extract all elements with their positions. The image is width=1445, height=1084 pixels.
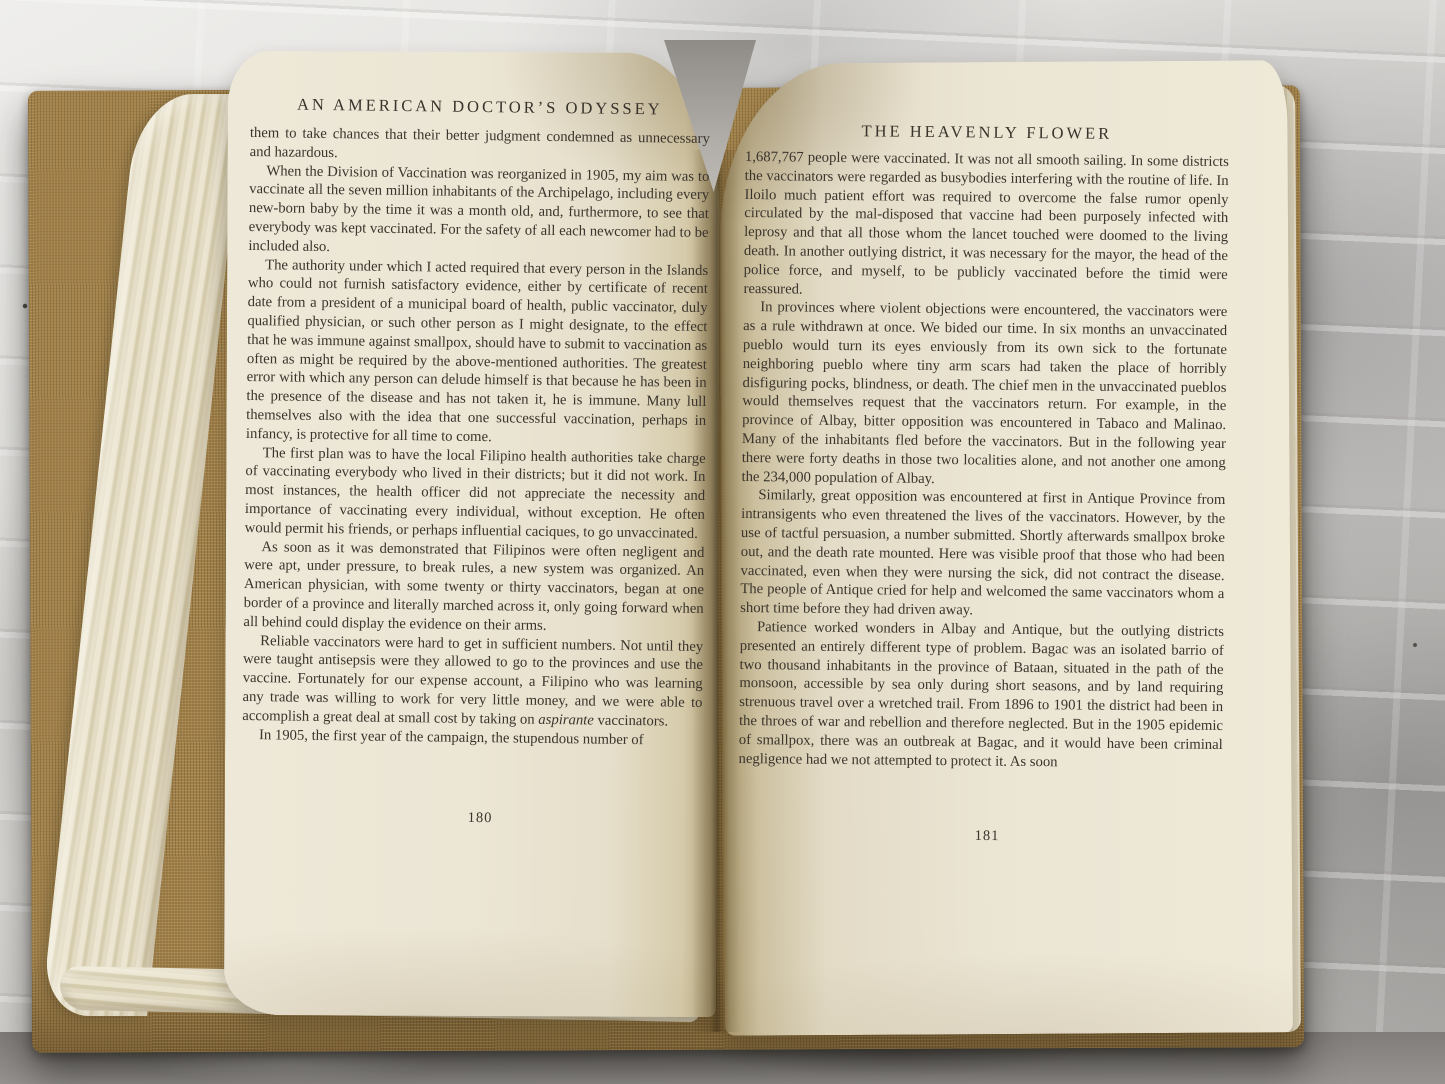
- paragraph: them to take chances that their better j…: [250, 124, 710, 168]
- open-book: AN AMERICAN DOCTOR’S ODYSSEY them to tak…: [0, 0, 1445, 1084]
- italic-word: aspirante: [538, 712, 594, 729]
- paragraph: As soon as it was demonstrated that Fili…: [243, 537, 704, 637]
- paragraph: The authority under which I acted requir…: [246, 256, 708, 450]
- paragraph-text: vaccinators.: [594, 712, 668, 729]
- paragraph: The first plan was to have the local Fil…: [245, 444, 706, 544]
- left-page-text: them to take chances that their better j…: [241, 124, 710, 830]
- right-page-text: 1,687,767 people were vaccinated. It was…: [738, 148, 1229, 853]
- paragraph: When the Division of Vaccination was reo…: [248, 162, 709, 262]
- paragraph: In provinces where violent objections we…: [741, 298, 1227, 491]
- photograph-of-open-book: { "book": { "left_page": { "running_head…: [0, 0, 1445, 1084]
- paragraph: Patience worked wonders in Albay and Ant…: [739, 618, 1225, 773]
- paragraph: Similarly, great opposition was encounte…: [740, 486, 1225, 623]
- paragraph: 1,687,767 people were vaccinated. It was…: [743, 148, 1229, 303]
- paragraph-with-italic: Reliable vaccinators were hard to get in…: [242, 631, 703, 731]
